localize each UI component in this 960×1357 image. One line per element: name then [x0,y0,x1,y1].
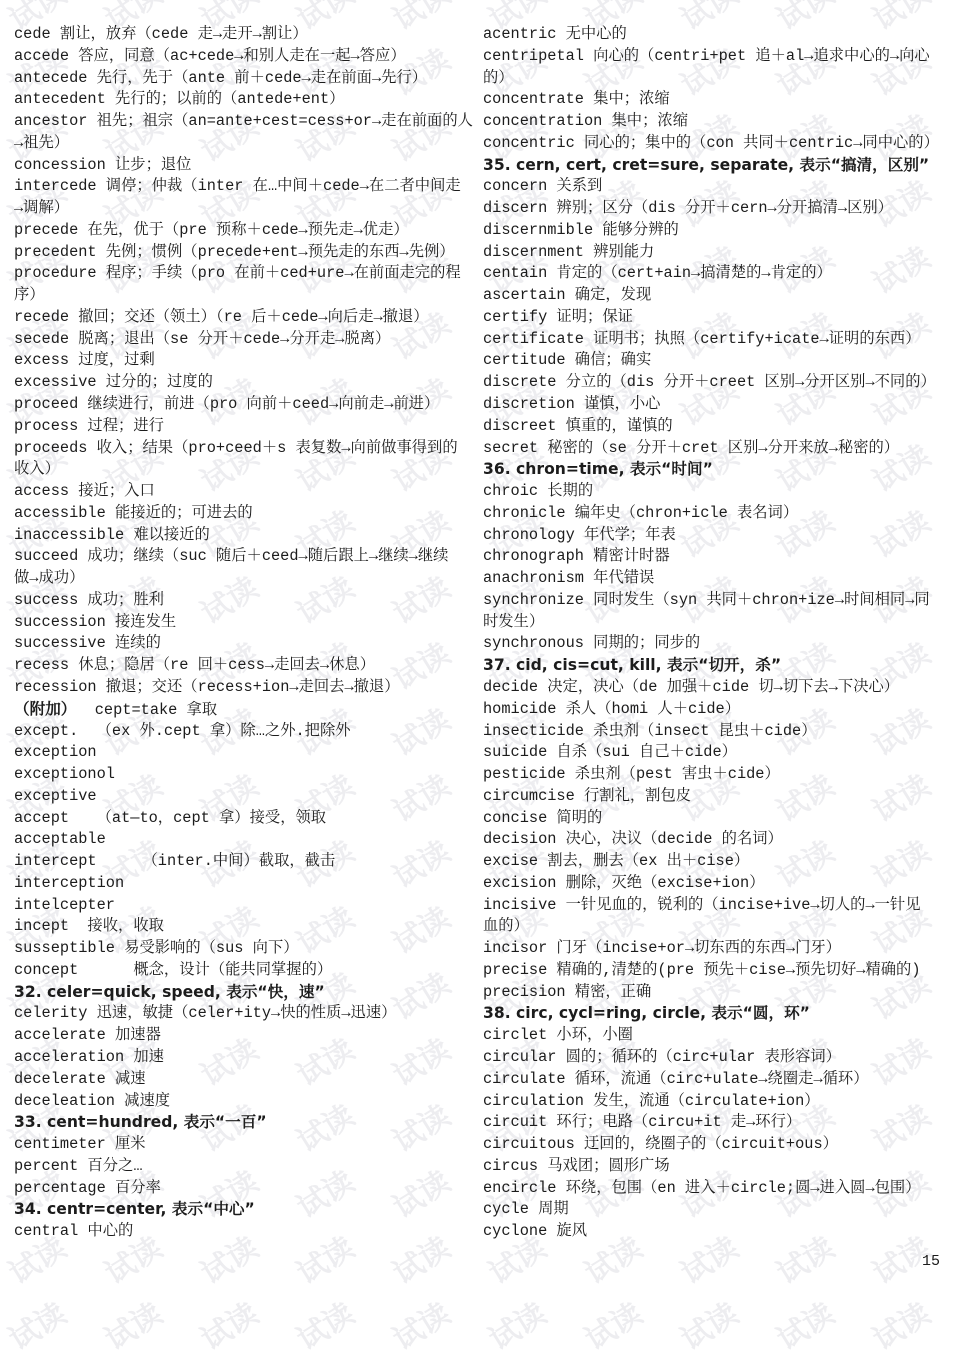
section-heading: 36. chron=time, 表示“时间” [483,459,939,481]
vocab-line: proceeds 收入；结果（pro+ceed＋s 表复数→向前做事得到的 [14,438,473,460]
vocab-line: anachronism 年代错误 [483,568,939,590]
vocab-line: intelcepter [14,895,473,917]
vocab-line: intercept （inter.中间）截取，截击 [14,851,473,873]
vocab-line: centripetal 向心的（centri+pet 追＋al→追求中心的→向心 [483,46,939,68]
vocab-line: （附加） cept=take 拿取 [14,699,473,721]
vocab-line: discernmible 能够分辨的 [483,220,939,242]
vocab-line: recession 撤退；交还（recess+ion→走回去→撤退） [14,677,473,699]
vocab-line: homicide 杀人（homi 人＋cide） [483,699,939,721]
vocab-line: inaccessible 难以接近的 [14,525,473,547]
vocab-line: concession 让步；退位 [14,155,473,177]
vocab-line: antecedent 先行的；以前的（antede+ent） [14,89,473,111]
vocab-line: concise 简明的 [483,808,939,830]
vocab-line: circular 圆的；循环的（circ+ular 表形容词） [483,1047,939,1069]
vocab-line: exceptive [14,786,473,808]
vocab-line: excess 过度，过剩 [14,350,473,372]
vocab-line: circus 马戏团；圆形广场 [483,1156,939,1178]
vocab-line: percent 百分之… [14,1156,473,1178]
section-heading: 38. circ, cycl=ring, circle, 表示“圆，环” [483,1003,939,1025]
vocab-line: centain 肯定的（cert+ain→搞清楚的→肯定的） [483,263,939,285]
vocab-line: chronicle 编年史（chron+icle 表名词） [483,503,939,525]
section-heading: 34. centr=center, 表示“中心” [14,1199,473,1221]
vocab-line: cede 割让，放弃（cede 走→走开→割让） [14,24,473,46]
document-page: 试读试读试读试读试读试读试读试读试读试读试读试读试读试读试读试读试读试读试读试读… [0,0,960,1357]
vocab-line: 血的） [483,916,939,938]
left-column: cede 割让，放弃（cede 走→走开→割让）accede 答应，同意（ac+… [14,24,473,1243]
vocab-line: acentric 无中心的 [483,24,939,46]
watermark-text: 试读 [383,1289,457,1357]
right-column: acentric 无中心的centripetal 向心的（centri+pet … [483,24,939,1243]
vocab-line: decision 决心，决议（decide 的名词） [483,829,939,851]
vocab-line: interception [14,873,473,895]
section-heading: 37. cid, cis=cut, kill, 表示“切开，杀” [483,655,939,677]
vocab-line: chronograph 精密计时器 [483,546,939,568]
vocab-line: discrete 分立的（dis 分开＋creet 区别→分开区别→不同的） [483,372,939,394]
vocab-line: encircle 环绕，包围（en 进入＋circle;圆→进入圆→包围） [483,1178,939,1200]
vocab-line: central 中心的 [14,1221,473,1243]
vocab-line: procedure 程序；手续（pro 在前＋ced+ure→在前面走完的程 [14,263,473,285]
vocab-line: circumcise 行割礼，割包皮 [483,786,939,808]
vocab-line: ancestor 祖先；祖宗（an=ante+cest=cess+or→走在前面… [14,111,473,133]
vocab-line: concept 概念，设计（能共同掌握的） [14,960,473,982]
vocab-line: percentage 百分率 [14,1178,473,1200]
vocab-line: incept 接收，收取 [14,916,473,938]
vocab-line: →调解） [14,198,473,220]
vocab-line: certitude 确信；确实 [483,350,939,372]
vocab-line: succession 接连发生 [14,612,473,634]
vocab-line: acceptable [14,829,473,851]
watermark-text: 试读 [575,1289,649,1357]
vocab-line: accessible 能接近的；可进去的 [14,503,473,525]
vocab-line: precision 精密，正确 [483,982,939,1004]
vocab-line: concentration 集中；浓缩 [483,111,939,133]
section-heading: 33. cent=hundred, 表示“一百” [14,1112,473,1134]
watermark-text: 试读 [863,1289,937,1357]
vocab-line: discern 辨别；区分（dis 分开＋cern→分开搞清→区别） [483,198,939,220]
vocab-line: proceed 继续进行，前进（pro 向前＋ceed→向前走→前进） [14,394,473,416]
vocab-line: decide 决定，决心（de 加强＋cide 切→切下去→下决心） [483,677,939,699]
vocab-line: concentric 同心的；集中的（con 共同＋centric→同中心的） [483,133,939,155]
vocab-line: insecticide 杀虫剂（insect 昆虫＋cide） [483,721,939,743]
vocab-line: access 接近；入口 [14,481,473,503]
vocab-line: 的） [483,68,939,90]
vocab-line: pesticide 杀虫剂（pest 害虫＋cide） [483,764,939,786]
vocab-line: chroic 长期的 [483,481,939,503]
vocab-line: succeed 成功；继续（suc 随后＋ceed→随后跟上→继续→继续 [14,546,473,568]
vocab-line: excision 删除，灭绝（excise+ion） [483,873,939,895]
vocab-line: 做→成功） [14,568,473,590]
vocab-line: discreet 慎重的，谨慎的 [483,416,939,438]
vocab-line: susseptible 易受影响的（sus 向下） [14,938,473,960]
vocab-line: circlet 小环，小圈 [483,1025,939,1047]
vocab-line: accept （at—to，cept 拿）接受，领取 [14,808,473,830]
vocab-line: incisor 门牙（incise+or→切东西的东西→门牙） [483,938,939,960]
vocab-line: circulate 循环，流通（circ+ulate→绕圈走→循环） [483,1069,939,1091]
section-heading: 35. cern, cert, cret=sure, separate, 表示“… [483,155,939,177]
watermark-text: 试读 [671,1289,745,1357]
vocab-line: certify 证明；保证 [483,307,939,329]
vocab-line: success 成功；胜利 [14,590,473,612]
vocab-line: concern 关系到 [483,176,939,198]
vocab-line: except. （ex 外.cept 拿）除…之外.把除外 [14,721,473,743]
vocab-line: chronology 年代学；年表 [483,525,939,547]
watermark-text: 试读 [287,1289,361,1357]
vocab-line: discernment 辨别能力 [483,242,939,264]
vocab-line: secede 脱离；退出（se 分开＋cede→分开走→脱离） [14,329,473,351]
vocab-line: exception [14,742,473,764]
vocab-line: deceleation 减速度 [14,1091,473,1113]
vocab-line: discretion 谨慎，小心 [483,394,939,416]
vocab-line: ascertain 确定，发现 [483,285,939,307]
vocab-line: cyclone 旋风 [483,1221,939,1243]
vocab-line: centimeter 厘米 [14,1134,473,1156]
watermark-text: 试读 [479,1289,553,1357]
vocab-line: antecede 先行，先于（ante 前＋cede→走在前面→先行） [14,68,473,90]
section-heading: 32. celer=quick, speed, 表示“快，速” [14,982,473,1004]
watermark-text: 试读 [191,1289,265,1357]
vocab-line: accelerate 加速器 [14,1025,473,1047]
vocab-line: concentrate 集中；浓缩 [483,89,939,111]
vocab-line: certificate 证明书；执照（certify+icate→证明的东西） [483,329,939,351]
vocab-line: celerity 迅速，敏捷（celer+ity→快的性质→迅速） [14,1003,473,1025]
vocab-line: 收入） [14,459,473,481]
vocab-line: excise 割去，删去（ex 出＋cise） [483,851,939,873]
vocab-line: circuitous 迂回的，绕圈子的（circuit+ous） [483,1134,939,1156]
watermark-text: 试读 [0,1289,73,1357]
vocab-line: process 过程；进行 [14,416,473,438]
vocab-line: circulation 发生，流通（circulate+ion） [483,1091,939,1113]
vocab-line: 序） [14,285,473,307]
vocab-line: synchronize 同时发生（syn 共同＋chron+ize→时间相同→同 [483,590,939,612]
vocab-line: secret 秘密的（se 分开＋cret 区别→分开来放→秘密的） [483,438,939,460]
vocab-line: precedent 先例；惯例（precede+ent→预先走的东西→先例） [14,242,473,264]
vocab-line: →祖先） [14,133,473,155]
watermark-text: 试读 [767,1289,841,1357]
vocab-line: exceptionol [14,764,473,786]
page-number: 15 [922,1252,940,1272]
vocab-line: successive 连续的 [14,633,473,655]
vocab-line: cycle 周期 [483,1199,939,1221]
vocab-line: suicide 自杀（sui 自己＋cide） [483,742,939,764]
vocab-line: decelerate 减速 [14,1069,473,1091]
vocab-line: accede 答应，同意（ac+cede→和别人走在一起→答应） [14,46,473,68]
vocab-line: intercede 调停；仲裁（inter 在…中间＋cede→在二者中间走 [14,176,473,198]
vocab-line: 时发生） [483,612,939,634]
bold-label: （附加） [14,700,76,718]
vocab-line: precede 在先，优于（pre 预称＋cede→预先走→优走） [14,220,473,242]
watermark-text: 试读 [95,1289,169,1357]
vocab-line: recess 休息；隐居（re 回＋cess→走回去→休息） [14,655,473,677]
vocab-line: acceleration 加速 [14,1047,473,1069]
vocab-line: recede 撤回；交还（领土）（re 后＋cede→向后走→撤退） [14,307,473,329]
vocab-line: incisive 一针见血的，锐利的（incise+ive→切人的→一针见 [483,895,939,917]
vocab-line: circuit 环行；电路（circu+it 走→环行） [483,1112,939,1134]
vocab-line: synchronous 同期的；同步的 [483,633,939,655]
vocab-line: precise 精确的,清楚的(pre 预先＋cise→预先切好→精确的) [483,960,939,982]
vocab-line: excessive 过分的；过度的 [14,372,473,394]
